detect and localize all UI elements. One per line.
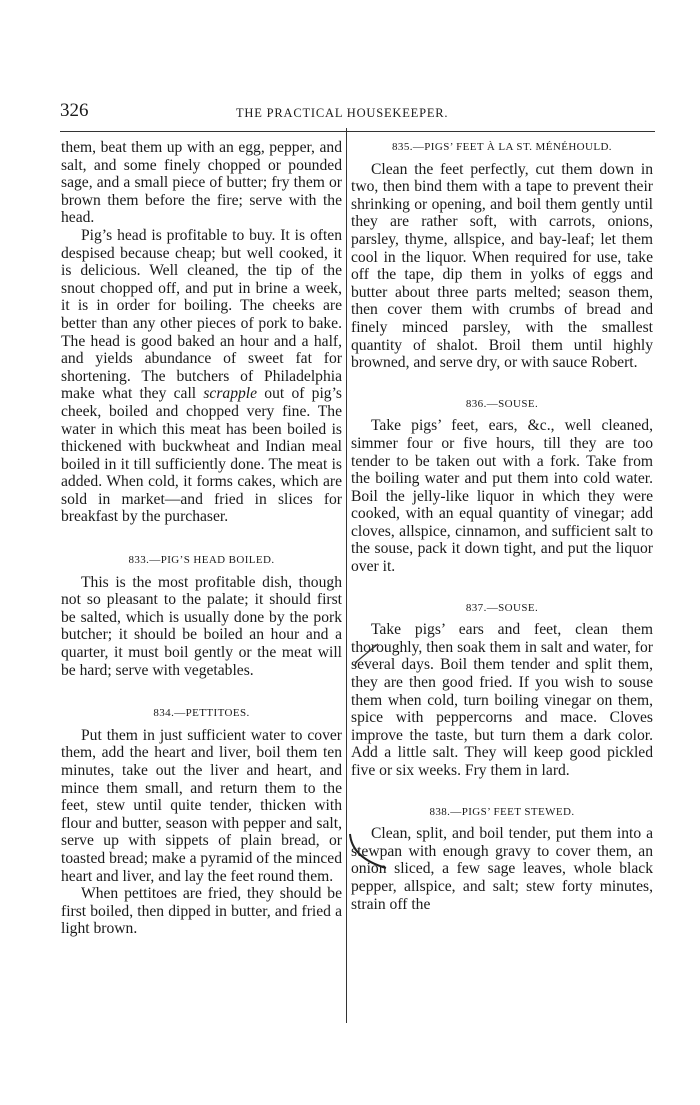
pigs-head-paragraph: Pig’s head is profitable to buy. It is o… — [61, 227, 342, 526]
recipe-heading-838: 838.—PIGS’ FEET STEWED. — [351, 804, 653, 822]
recipe-body-835: Clean the feet perfectly, cut them down … — [351, 161, 653, 372]
paragraph-text: Pig’s head is profitable to buy. It is o… — [61, 227, 342, 402]
recipe-body-838: Clean, split, and boil tender, put them … — [351, 825, 653, 913]
right-column: 835.—PIGS’ FEET À LA ST. MÉNÉHOULD. Clea… — [351, 139, 653, 913]
recipe-body-834: Put them in just sufficient water to cov… — [61, 727, 342, 885]
header-rule — [60, 131, 655, 132]
page-number: 326 — [60, 100, 89, 122]
recipe-body-834-fried: When pettitoes are fried, they should be… — [61, 885, 342, 938]
pencil-annotation-mark-top — [352, 640, 382, 670]
recipe-heading-837: 837.—SOUSE. — [351, 600, 653, 618]
paragraph-text: out of pig’s cheek, boiled and chopped v… — [61, 385, 342, 525]
recipe-heading-835: 835.—PIGS’ FEET À LA ST. MÉNÉHOULD. — [351, 139, 653, 157]
running-title: THE PRACTICAL HOUSEKEEPER. — [236, 106, 448, 121]
pencil-annotation-bracket-bottom — [346, 832, 396, 882]
column-divider — [346, 128, 347, 1023]
recipe-body-837: Take pigs’ ears and feet, clean them tho… — [351, 621, 653, 779]
continued-paragraph: them, beat them up with an egg, pepper, … — [61, 139, 342, 227]
recipe-body-833: This is the most profitable dish, though… — [61, 574, 342, 680]
left-column: them, beat them up with an egg, pepper, … — [61, 139, 342, 938]
italic-term: scrapple — [203, 385, 257, 402]
recipe-heading-836: 836.—SOUSE. — [351, 396, 653, 414]
recipe-heading-834: 834.—PETTITOES. — [61, 705, 342, 723]
recipe-body-836: Take pigs’ feet, ears, &c., well cleaned… — [351, 417, 653, 575]
recipe-heading-833: 833.—PIG’S HEAD BOILED. — [61, 552, 342, 570]
